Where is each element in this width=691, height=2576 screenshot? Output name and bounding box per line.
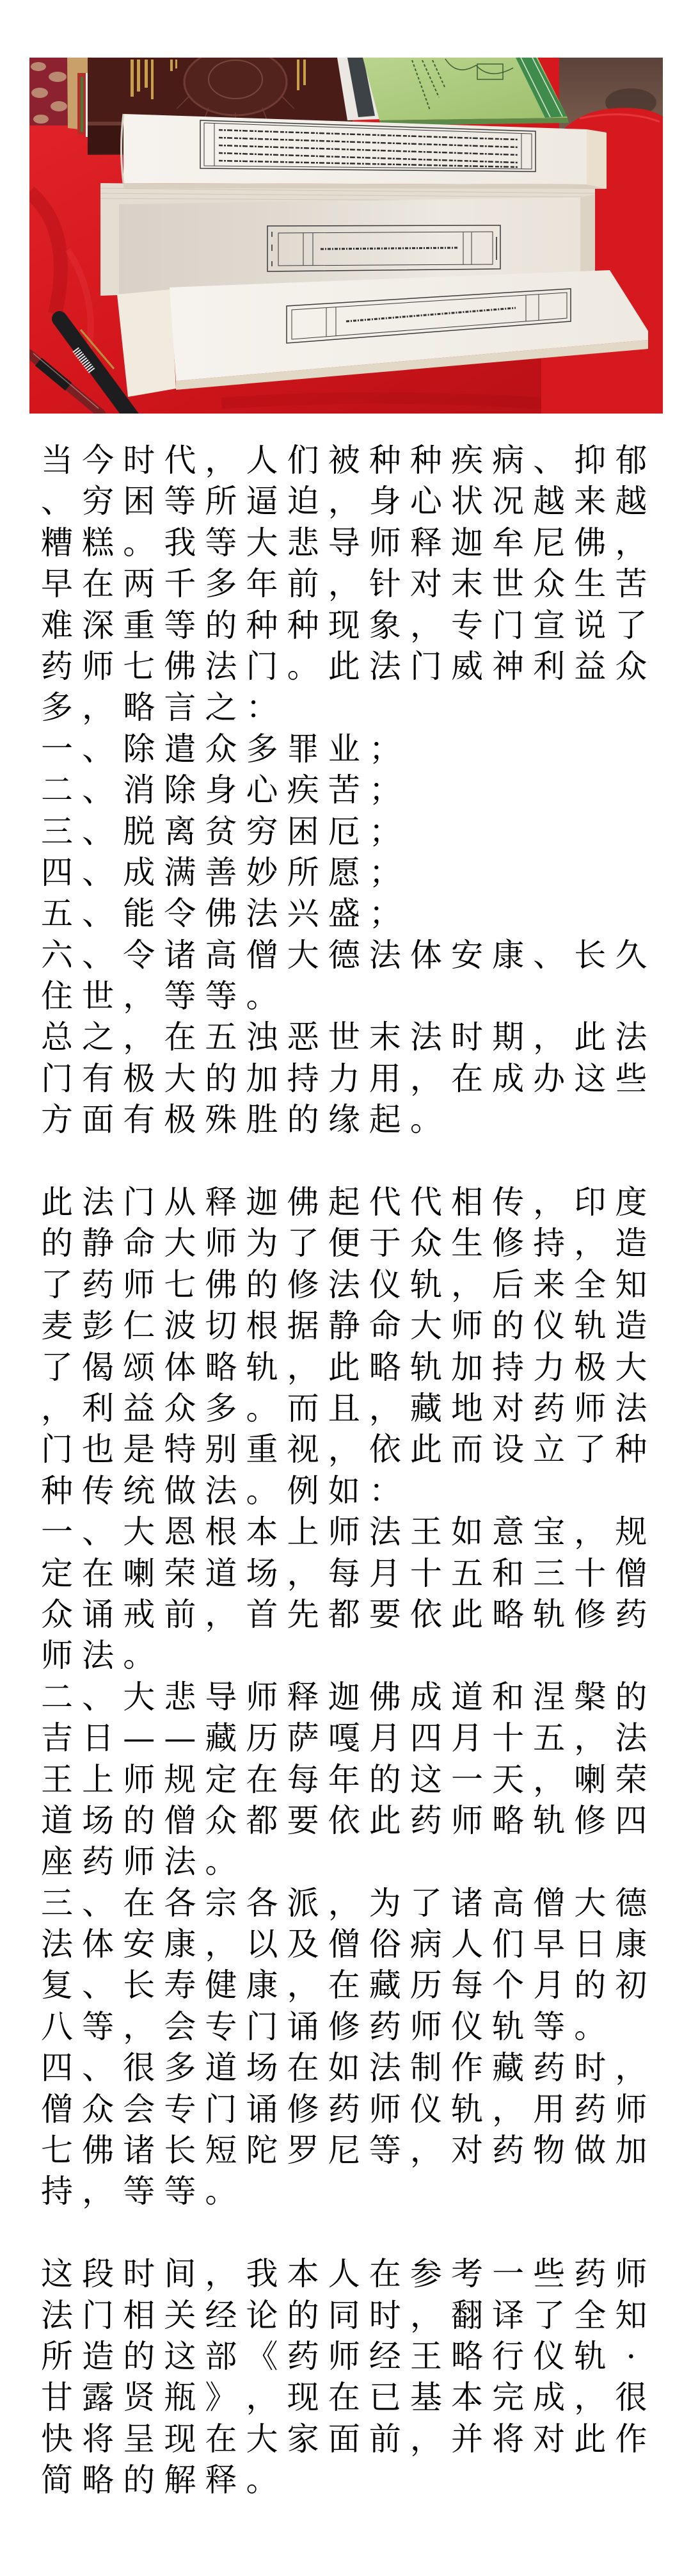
glyph: 众: [200, 1800, 241, 1841]
glyph: 越: [610, 481, 651, 522]
text-line: 复、长寿健康，在藏历每个月的初: [36, 1965, 652, 2006]
glyph: 罪: [283, 729, 324, 769]
glyph: 等: [528, 2006, 569, 2047]
glyph: 修: [569, 1594, 610, 1635]
glyph: 造: [610, 1305, 651, 1346]
text-line: 种传统做法。例如：: [36, 1470, 652, 1511]
glyph: 药: [365, 2006, 406, 2047]
glyph: 麦: [36, 1305, 77, 1346]
glyph: 立: [528, 1429, 569, 1470]
glyph: 略: [200, 1347, 241, 1388]
text-line: 住世，等等。: [36, 976, 652, 1017]
glyph: 门: [36, 1429, 77, 1470]
glyph: 。: [118, 1635, 159, 1676]
glyph: 住: [36, 976, 77, 1017]
glyph: 期: [488, 1017, 528, 1058]
glyph: 言: [159, 687, 200, 728]
glyph: 上: [77, 1759, 118, 1800]
glyph: 。: [241, 1388, 282, 1429]
glyph: 仪: [406, 2089, 447, 2130]
glyph: 对: [406, 563, 447, 604]
glyph: 力: [528, 1347, 569, 1388]
glyph: 行: [488, 2336, 528, 2377]
glyph: 诸: [118, 2130, 159, 2171]
glyph: 瓶: [159, 2377, 200, 2418]
glyph: 切: [200, 1305, 241, 1346]
glyph: ；: [365, 852, 406, 893]
text-line: 法门相关经论的同时，翻译了全知: [36, 2295, 652, 2336]
benefit-item: 三、脱离贫穷困厄；: [36, 811, 652, 852]
glyph: 很: [610, 2377, 651, 2418]
glyph: ；: [365, 729, 406, 769]
glyph: 彭: [77, 1305, 118, 1346]
glyph: 有: [118, 1099, 159, 1140]
glyph: 月: [447, 1718, 488, 1759]
glyph: 场: [241, 1553, 282, 1594]
glyph: 办: [528, 1058, 569, 1099]
glyph: 戒: [118, 1594, 159, 1635]
text-line: 的静命大师为了便于众生修持，造: [36, 1223, 652, 1264]
text-line: 道场的僧众都要依此药师略轨修四: [36, 1800, 652, 1841]
glyph: 专: [159, 2089, 200, 2130]
glyph: 俗: [365, 1924, 406, 1965]
text-line: 门有极大的加持力用，在成办这些: [36, 1058, 652, 1099]
glyph: 定: [36, 1553, 77, 1594]
glyph: 时: [365, 2295, 406, 2336]
glyph: ，: [200, 1594, 241, 1635]
benefit-item: 五、能令佛法兴盛；: [36, 893, 652, 934]
glyph: 这: [569, 1058, 610, 1099]
glyph: 对: [528, 2419, 569, 2459]
glyph: 每: [283, 1759, 324, 1800]
glyph: 千: [159, 563, 200, 604]
glyph: 等: [159, 605, 200, 646]
glyph: 诵: [77, 1594, 118, 1635]
glyph: 依: [406, 1594, 447, 1635]
glyph: 力: [324, 1058, 365, 1099]
glyph: 起: [324, 1182, 365, 1223]
glyph: 历: [406, 1965, 447, 2006]
glyph: 诸: [159, 935, 200, 976]
glyph: 法: [610, 1718, 651, 1759]
glyph: 门: [241, 2006, 282, 2047]
glyph: 此: [365, 1800, 406, 1841]
glyph: 时: [569, 2047, 610, 2088]
glyph: 些: [528, 2253, 569, 2294]
glyph: 为: [365, 1883, 406, 1924]
glyph: 状: [447, 481, 488, 522]
glyph: 天: [488, 1759, 528, 1800]
glyph: ，: [447, 1264, 488, 1305]
glyph: 前: [283, 563, 324, 604]
glyph: 佛: [283, 1182, 324, 1223]
glyph: ，: [241, 2377, 282, 2418]
glyph: 以: [241, 1924, 282, 1965]
glyph: 段: [77, 2253, 118, 2294]
glyph: 萨: [283, 1718, 324, 1759]
glyph: 仪: [365, 1264, 406, 1305]
glyph: 相: [118, 2295, 159, 2336]
glyph: 作: [447, 2047, 488, 2088]
glyph: 在: [200, 2419, 241, 2459]
glyph: 心: [406, 481, 447, 522]
glyph: 依: [365, 1429, 406, 1470]
glyph: 、: [528, 935, 569, 976]
glyph: 越: [528, 481, 569, 522]
glyph: 大: [569, 1883, 610, 1924]
glyph: 大: [241, 2419, 282, 2459]
glyph: 安: [447, 935, 488, 976]
glyph: 日: [569, 1924, 610, 1965]
glyph: 持: [36, 2171, 77, 2212]
glyph: 本: [241, 1511, 282, 1552]
glyph: 加: [610, 2130, 651, 2171]
glyph: 王: [406, 1511, 447, 1552]
glyph: 世: [324, 1017, 365, 1058]
glyph: 历: [241, 1718, 282, 1759]
glyph: 人: [324, 2253, 365, 2294]
glyph: ，: [324, 1883, 365, 1924]
glyph: 场: [241, 2047, 282, 2088]
text-line: 吉日——藏历萨嘎月四月十五，法: [36, 1718, 652, 1759]
glyph: 现: [324, 605, 365, 646]
glyph: 命: [118, 1223, 159, 1264]
glyph: 众: [406, 1223, 447, 1264]
glyph: 成: [488, 1058, 528, 1099]
example-item: 一、大恩根本上师法王如意宝，规: [36, 1511, 652, 1552]
glyph: 会: [159, 2006, 200, 2047]
glyph: 个: [488, 1965, 528, 2006]
glyph: 传: [77, 1470, 118, 1511]
glyph: 之: [77, 1017, 118, 1058]
glyph: 药: [528, 1388, 569, 1429]
glyph: —: [118, 1718, 159, 1759]
glyph: 僧: [528, 1883, 569, 1924]
glyph: 轨: [569, 2336, 610, 2377]
glyph: 释: [200, 2459, 241, 2500]
glyph: 师: [324, 2336, 365, 2377]
glyph: 等: [200, 976, 241, 1017]
glyph: 悲: [159, 1677, 200, 1718]
glyph: 、: [528, 440, 569, 481]
glyph: 波: [159, 1305, 200, 1346]
glyph: 三: [528, 1553, 569, 1594]
glyph: 规: [610, 1511, 651, 1552]
glyph: 。: [118, 522, 159, 563]
glyph: 世: [488, 563, 528, 604]
glyph: 王: [406, 2336, 447, 2377]
glyph: 师: [36, 1635, 77, 1676]
glyph: 这: [406, 1759, 447, 1800]
benefit-item: 四、成满善妙所愿；: [36, 852, 652, 893]
glyph: 抑: [569, 440, 610, 481]
glyph: 所: [200, 481, 241, 522]
glyph: 仪: [447, 2006, 488, 2047]
glyph: 胜: [241, 1099, 282, 1140]
glyph: 陀: [241, 2130, 282, 2171]
glyph: 宣: [528, 605, 569, 646]
glyph: 师: [200, 1223, 241, 1264]
glyph: 如: [324, 1470, 365, 1511]
glyph: 作: [610, 2419, 651, 2459]
text-line: 所造的这部《药师经王略行仪轨·: [36, 2336, 652, 2377]
glyph: 体: [77, 1924, 118, 1965]
article-photo: [29, 58, 663, 414]
glyph: 僧: [324, 1924, 365, 1965]
glyph: 依: [324, 1800, 365, 1841]
glyph: 、: [77, 769, 118, 810]
glyph: 诸: [447, 1883, 488, 1924]
glyph: 药: [569, 2089, 610, 2130]
glyph: 十: [488, 1718, 528, 1759]
glyph: 长: [569, 935, 610, 976]
glyph: 间: [159, 2253, 200, 2294]
glyph: 是: [118, 1429, 159, 1470]
text-line: 了药师七佛的修法仪轨，后来全知: [36, 1264, 652, 1305]
glyph: 根: [241, 1305, 282, 1346]
glyph: 及: [283, 1924, 324, 1965]
glyph: 做: [569, 2130, 610, 2171]
glyph: 嘎: [324, 1718, 365, 1759]
glyph: 颂: [118, 1347, 159, 1388]
glyph: 、: [77, 1965, 118, 2006]
text-line: 七佛诸长短陀罗尼等，对药物做加: [36, 2130, 652, 2171]
glyph: 代: [159, 440, 200, 481]
glyph: 迦: [241, 1182, 282, 1223]
glyph: 针: [365, 563, 406, 604]
glyph: 初: [610, 1965, 651, 2006]
glyph: 郁: [610, 440, 651, 481]
glyph: 威: [447, 646, 488, 687]
glyph: 一: [36, 729, 77, 769]
glyph: 道: [36, 1800, 77, 1841]
glyph: 法: [200, 1470, 241, 1511]
glyph: 们: [283, 440, 324, 481]
glyph: ，: [610, 2047, 651, 2088]
glyph: 善: [200, 852, 241, 893]
glyph: 等: [159, 976, 200, 1017]
glyph: 五: [36, 893, 77, 934]
glyph: 门: [200, 2089, 241, 2130]
glyph: 师: [447, 1800, 488, 1841]
brocade-fabric: [29, 58, 69, 125]
glyph: 生: [569, 563, 610, 604]
glyph: 大: [283, 935, 324, 976]
glyph: 些: [610, 1058, 651, 1099]
glyph: 药: [77, 1264, 118, 1305]
glyph: 的: [610, 1677, 651, 1718]
glyph: 这: [159, 2336, 200, 2377]
glyph: 轨: [447, 2089, 488, 2130]
glyph: 、: [77, 729, 118, 769]
glyph: 诵: [283, 2006, 324, 2047]
glyph: 论: [241, 2295, 282, 2336]
glyph: 。: [569, 2006, 610, 2047]
glyph: 例: [283, 1470, 324, 1511]
glyph: ，: [200, 440, 241, 481]
glyph: ·: [610, 2336, 651, 2377]
glyph: ，: [118, 976, 159, 1017]
glyph: 略: [447, 2336, 488, 2377]
glyph: 印: [569, 1182, 610, 1223]
glyph: 、: [77, 1511, 118, 1552]
glyph: 利: [77, 1388, 118, 1429]
glyph: 苦: [610, 563, 651, 604]
glyph: 略: [488, 1594, 528, 1635]
glyph: 了: [36, 1347, 77, 1388]
glyph: 都: [324, 1594, 365, 1635]
glyph: 罗: [283, 2130, 324, 2171]
glyph: 用: [365, 1058, 406, 1099]
glyph: 法: [36, 1924, 77, 1965]
glyph: ，: [406, 2130, 447, 2171]
glyph: 能: [118, 893, 159, 934]
text-line: 定在喇荣道场，每月十五和三十僧: [36, 1553, 652, 1594]
glyph: 派: [283, 1883, 324, 1924]
glyph: 贫: [200, 811, 241, 852]
glyph: 十: [406, 1553, 447, 1594]
glyph: 在: [77, 563, 118, 604]
paragraph-lineage: 此法门从释迦佛起代代相传，印度 的静命大师为了便于众生修持，造 了药师七佛的修法…: [36, 1182, 652, 2212]
glyph: 说: [569, 605, 610, 646]
glyph: 涅: [528, 1677, 569, 1718]
glyph: 修: [283, 1264, 324, 1305]
glyph: 月: [365, 1718, 406, 1759]
glyph: 持: [528, 1223, 569, 1264]
glyph: 这: [36, 2253, 77, 2294]
glyph: 众: [159, 1388, 200, 1429]
glyph: 师: [118, 1759, 159, 1800]
text-line: 难深重等的种种现象，专门宣说了: [36, 605, 652, 646]
glyph: 师: [365, 2089, 406, 2130]
glyph: 从: [159, 1182, 200, 1223]
glyph: 轨: [406, 1347, 447, 1388]
glyph: 当: [36, 440, 77, 481]
glyph: 在: [159, 1017, 200, 1058]
glyph: 七: [159, 1264, 200, 1305]
glyph: 本: [283, 2253, 324, 2294]
glyph: 略: [77, 2459, 118, 2500]
glyph: 诵: [241, 2089, 282, 2130]
glyph: 上: [283, 1511, 324, 1552]
glyph: ：: [365, 1470, 406, 1511]
glyph: 恶: [283, 1017, 324, 1058]
glyph: 、: [77, 852, 118, 893]
glyph: 各: [159, 1883, 200, 1924]
glyph: 多: [200, 1388, 241, 1429]
glyph: 统: [118, 1470, 159, 1511]
glyph: ，: [488, 2089, 528, 2130]
glyph: 面: [324, 2419, 365, 2459]
glyph: 。: [241, 2459, 282, 2500]
glyph: 多: [159, 2047, 200, 2088]
glyph: 会: [118, 2089, 159, 2130]
glyph: 吉: [36, 1718, 77, 1759]
glyph: 们: [488, 1924, 528, 1965]
glyph: 师: [241, 1677, 282, 1718]
glyph: 先: [283, 1594, 324, 1635]
glyph: ，: [200, 1924, 241, 1965]
glyph: 众: [610, 646, 651, 687]
glyph: 导: [200, 1677, 241, 1718]
glyph: 做: [159, 1470, 200, 1511]
glyph: 大: [406, 1305, 447, 1346]
glyph: 除: [118, 729, 159, 769]
glyph: 时: [118, 440, 159, 481]
glyph: 知: [610, 1264, 651, 1305]
glyph: 用: [528, 2089, 569, 2130]
glyph: 迦: [324, 1677, 365, 1718]
glyph: 专: [200, 2006, 241, 2047]
glyph: 全: [569, 1264, 610, 1305]
glyph: 药: [283, 2336, 324, 2377]
glyph: 大: [241, 522, 282, 563]
glyph: ，: [36, 1388, 77, 1429]
glyph: —: [159, 1718, 200, 1759]
glyph: 深: [77, 605, 118, 646]
glyph: 大: [610, 1347, 651, 1388]
glyph: 本: [447, 2377, 488, 2418]
glyph: 遣: [159, 729, 200, 769]
glyph: 体: [159, 1347, 200, 1388]
glyph: 师: [365, 522, 406, 563]
glyph: 家: [283, 2419, 324, 2459]
glyph: ，: [324, 563, 365, 604]
glyph: 道: [447, 1677, 488, 1718]
glyph: 四: [36, 2047, 77, 2088]
glyph: 僧: [610, 1553, 651, 1594]
benefit-item: 二、消除身心疾苦；: [36, 769, 652, 810]
glyph: 的: [283, 2295, 324, 2336]
glyph: 修: [569, 1800, 610, 1841]
glyph: 的: [118, 2459, 159, 2500]
glyph: 离: [159, 811, 200, 852]
glyph: 药: [36, 646, 77, 687]
glyph: 众: [200, 729, 241, 769]
glyph: 的: [200, 605, 241, 646]
text-line: 早在两千多年前，针对末世众生苦: [36, 563, 652, 604]
glyph: 在: [365, 2253, 406, 2294]
glyph: 的: [36, 1223, 77, 1264]
glyph: 种: [36, 1470, 77, 1511]
glyph: 对: [488, 1388, 528, 1429]
glyph: 宝: [528, 1511, 569, 1552]
glyph: 面: [77, 1099, 118, 1140]
glyph: 四: [406, 1718, 447, 1759]
glyph: 僧: [241, 935, 282, 976]
glyph: 在: [241, 1759, 282, 1800]
glyph: 法: [610, 1017, 651, 1058]
glyph: 德: [324, 935, 365, 976]
glyph: 释: [283, 1677, 324, 1718]
glyph: 贤: [118, 2377, 159, 2418]
glyph: 法: [200, 646, 241, 687]
glyph: 代: [365, 1182, 406, 1223]
glyph: 高: [488, 1883, 528, 1924]
glyph: ，: [324, 1429, 365, 1470]
glyph: 持: [488, 1347, 528, 1388]
glyph: 满: [159, 852, 200, 893]
paragraph-intro: 当今时代，人们被种种疾病、抑郁 、穷困等所逼迫，身心状况越来越 糟糕。我等大悲导…: [36, 440, 652, 1141]
glyph: 翻: [447, 2295, 488, 2336]
glyph: 一: [36, 1511, 77, 1552]
text-line: 众诵戒前，首先都要依此略轨修药: [36, 1594, 652, 1635]
glyph: 释: [406, 522, 447, 563]
glyph: 了: [528, 2295, 569, 2336]
glyph: 药: [569, 2253, 610, 2294]
glyph: 困: [118, 481, 159, 522]
glyph: 规: [159, 1759, 200, 1800]
